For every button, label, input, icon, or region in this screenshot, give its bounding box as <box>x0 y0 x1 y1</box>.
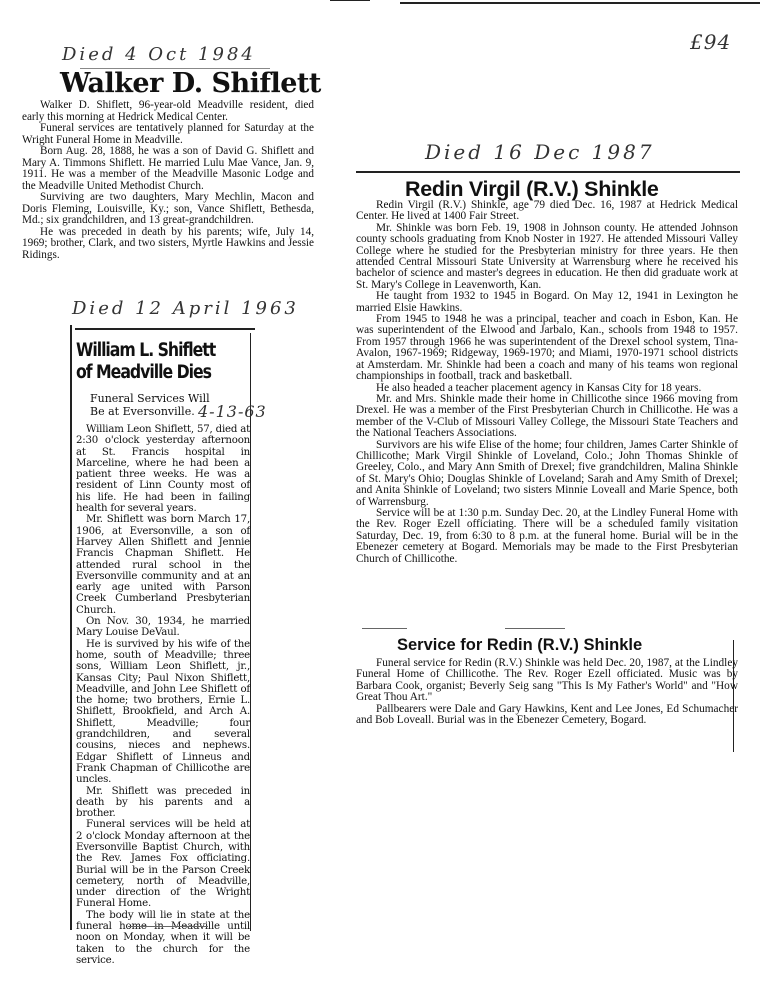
redin-end-rule-right <box>505 628 565 629</box>
redin-date-note: Died 16 Dec 1987 <box>425 140 655 164</box>
walker-paragraph: Born Aug. 28, 1888, he was a son of Davi… <box>22 146 314 192</box>
service-title: Service for Redin (R.V.) Shinkle <box>397 636 642 655</box>
william-paragraph: William Leon Shiflett, 57, died at 2:30 … <box>76 424 250 514</box>
walker-paragraph: He was preceded in death by his parents;… <box>22 227 314 262</box>
redin-paragraph: He taught from 1932 to 1945 in Bogard. O… <box>356 291 738 314</box>
william-clipping: William L. Shiflett of Meadville Dies Fu… <box>70 330 254 966</box>
william-paragraph: Mr. Shiflett was preceded in death by hi… <box>76 786 250 820</box>
walker-title: Walker D. Shiflett <box>60 68 321 99</box>
walker-paragraph: Funeral services are tentatively planned… <box>22 123 314 146</box>
redin-paragraph: From 1945 to 1948 he was a principal, te… <box>356 314 738 382</box>
william-paragraph: On Nov. 30, 1934, he married Mary Louise… <box>76 616 250 639</box>
redin-paragraph: Mr. and Mrs. Shinkle made their home in … <box>356 394 738 440</box>
william-title: William L. Shiflett of Meadville Dies <box>76 340 227 384</box>
redin-paragraph: Mr. Shinkle was born Feb. 19, 1908 in Jo… <box>356 223 738 291</box>
walker-date-note: Died 4 Oct 1984 <box>62 44 256 65</box>
walker-body: Walker D. Shiflett, 96-year-old Meadvill… <box>22 100 314 261</box>
top-rule-right <box>400 2 760 4</box>
redin-end-rule-left <box>362 628 407 629</box>
william-paragraph: The body will lie in state at the funera… <box>76 910 250 966</box>
william-handwritten-date: 4-13-63 <box>198 402 267 421</box>
redin-body: Redin Virgil (R.V.) Shinkle, age 79 died… <box>356 200 738 565</box>
redin-paragraph: Redin Virgil (R.V.) Shinkle, age 79 died… <box>356 200 738 223</box>
william-paragraph: He is survived by his wife of the home, … <box>76 639 250 786</box>
top-rule-left <box>330 0 370 1</box>
page-number-note: £94 <box>690 30 731 54</box>
william-body: William Leon Shiflett, 57, died at 2:30 … <box>76 424 250 966</box>
william-paragraph: Mr. Shiflett was born March 17, 1906, at… <box>76 514 250 616</box>
william-end-rule <box>128 926 208 927</box>
redin-paragraph: Survivors are his wife Elise of the home… <box>356 440 738 508</box>
william-title-line2: of Meadville Dies <box>76 362 227 384</box>
service-paragraph: Funeral service for Redin (R.V.) Shinkle… <box>356 658 738 704</box>
william-title-line1: William L. Shiflett <box>76 340 227 362</box>
service-paragraph: Pallbearers were Dale and Gary Hawkins, … <box>356 704 738 727</box>
william-paragraph: Funeral services will be held at 2 o'clo… <box>76 819 250 909</box>
redin-paragraph: Service will be at 1:30 p.m. Sunday Dec.… <box>356 508 738 565</box>
service-body: Funeral service for Redin (R.V.) Shinkle… <box>356 658 738 726</box>
walker-paragraph: Walker D. Shiflett, 96-year-old Meadvill… <box>22 100 314 123</box>
william-date-note: Died 12 April 1963 <box>72 298 299 319</box>
walker-paragraph: Surviving are two daughters, Mary Mechli… <box>22 192 314 227</box>
redin-title-rule <box>356 171 740 173</box>
